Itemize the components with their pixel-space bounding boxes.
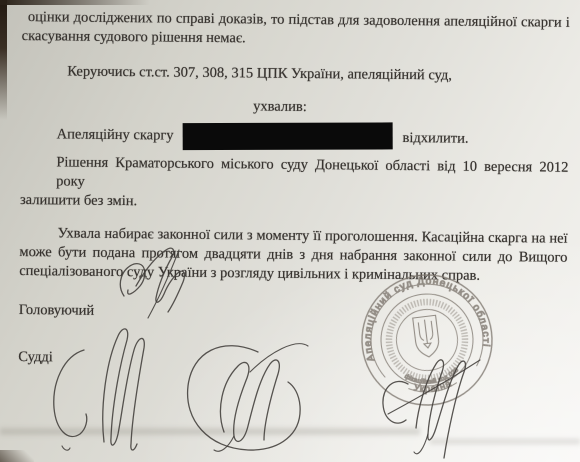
appeal-text-before: Апеляційну скаргу xyxy=(57,126,174,143)
paper-shadow-band-2 xyxy=(430,437,580,446)
paragraph-guided-by: Керуючись ст.ст. 307, 308, 315 ЦПК Украї… xyxy=(21,62,569,87)
photo-edge-left xyxy=(0,0,7,120)
presiding-judge-label: Головуючий xyxy=(19,301,567,326)
appeal-text-after: відхилити. xyxy=(402,130,468,147)
judges-label: Судді xyxy=(18,348,566,373)
ruling-heading: ухвалив: xyxy=(21,95,569,120)
redaction-box xyxy=(183,122,393,150)
document-content: оцінки досліджених по справі доказів, то… xyxy=(18,8,570,373)
scanned-court-document: оцінки досліджених по справі доказів, то… xyxy=(0,0,580,462)
paragraph-legal-force: Ухвала набирає законної сили з моменту ї… xyxy=(19,224,568,287)
photo-edge-bottom-left xyxy=(0,450,34,462)
paragraph-continuation: оцінки досліджених по справі доказів, то… xyxy=(22,8,570,52)
paper-shadow-band xyxy=(0,426,420,437)
photo-edge-top xyxy=(0,0,150,5)
seal-country-text: Україна xyxy=(411,378,454,397)
paragraph-appeal-ruling: Апеляційну скаргувідхилити. xyxy=(21,120,569,155)
svg-text:Україна: Україна xyxy=(411,378,454,397)
paragraph-decision-line1: Рішення Краматорського міського суду Дон… xyxy=(20,153,568,197)
paragraph-decision: Рішення Краматорського міського суду Дон… xyxy=(20,153,569,216)
